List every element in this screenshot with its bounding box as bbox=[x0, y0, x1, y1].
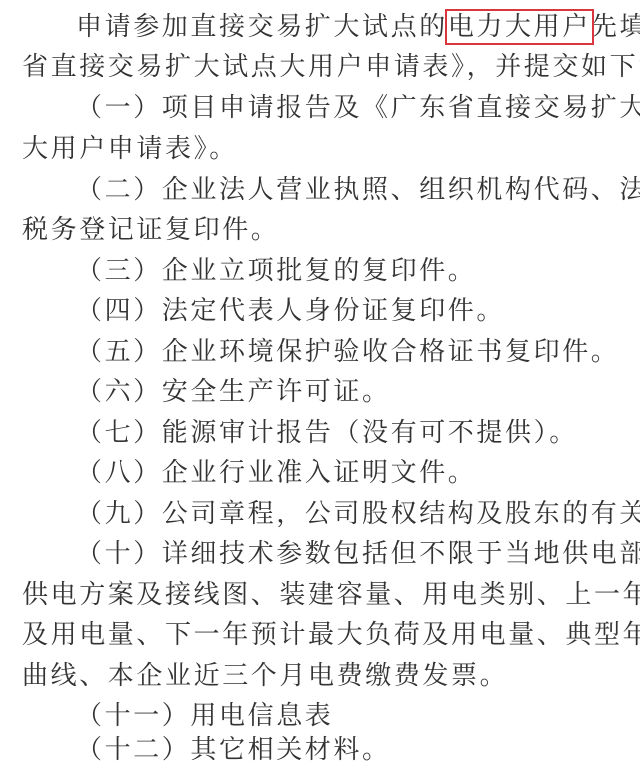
item-10-line-2: 供电方案及接线图、装建容量、用电类别、上一年最大负荷 bbox=[22, 580, 640, 610]
item-10-line-1: （十）详细技术参数包括但不限于当地供电部门批准的 bbox=[76, 539, 640, 569]
intro-text-before: 申请参加直接交易扩大试点的 bbox=[76, 12, 448, 42]
item-11: （十一）用电信息表 bbox=[76, 701, 333, 731]
item-2-line-1: （二）企业法人营业执照、组织机构代码、法人代码、 bbox=[76, 175, 640, 205]
highlighted-term: 电力大用户 bbox=[448, 12, 591, 42]
intro-line-2: 省直接交易扩大试点大用户申请表》，并提交如下资料： bbox=[22, 52, 640, 82]
item-12: （十二）其它相关材料。 bbox=[76, 735, 391, 765]
item-6: （六）安全生产许可证。 bbox=[76, 377, 391, 407]
item-10-line-4: 曲线、本企业近三个月电费缴费发票。 bbox=[22, 661, 508, 691]
item-10-line-3: 及用电量、下一年预计最大负荷及用电量、典型年份月负荷 bbox=[22, 620, 640, 650]
item-3: （三）企业立项批复的复印件。 bbox=[76, 256, 476, 286]
item-1-line-2: 大用户申请表》。 bbox=[22, 134, 238, 164]
intro-text-after: 先填写《广东 bbox=[591, 12, 640, 42]
item-4: （四）法定代表人身份证复印件。 bbox=[76, 296, 505, 326]
item-8: （八）企业行业准入证明文件。 bbox=[76, 458, 476, 488]
item-9: （九）公司章程，公司股权结构及股东的有关情况。 bbox=[76, 499, 640, 529]
item-1-line-1: （一）项目申请报告及《广东省直接交易扩大试点电力 bbox=[76, 93, 640, 123]
item-2-line-2: 税务登记证复印件。 bbox=[22, 215, 279, 245]
item-5: （五）企业环境保护验收合格证书复印件。 bbox=[76, 337, 619, 367]
item-7: （七）能源审计报告（没有可不提供）。 bbox=[76, 418, 578, 448]
intro-line-1: 申请参加直接交易扩大试点的电力大用户先填写《广东 bbox=[76, 12, 640, 42]
